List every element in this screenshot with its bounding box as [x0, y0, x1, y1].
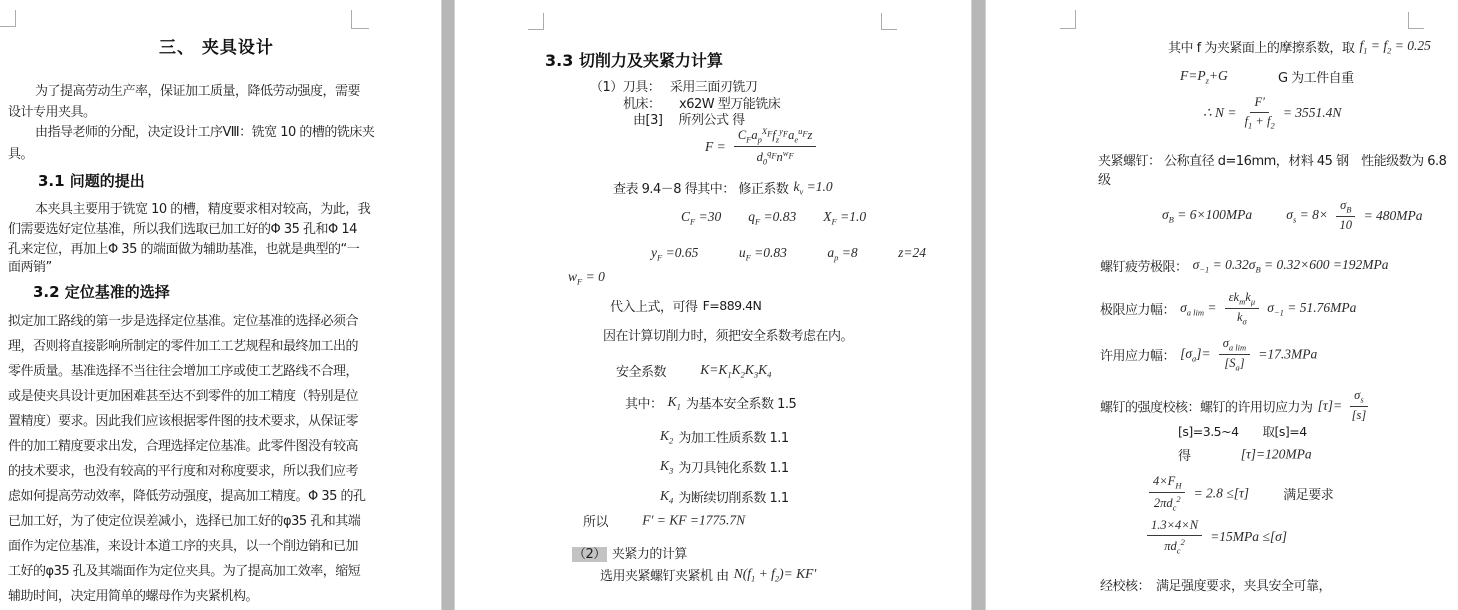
fatigue-limit-line: 螺钉疲劳极限： σ−1 = 0.32σB = 0.32×600 =192MPa — [1100, 255, 1388, 275]
friction-line: 其中 f 为夹紧面上的摩擦系数，取 f1 = f2 = 0.25 — [1168, 36, 1431, 56]
lookup-line: 查表 9.4－8 得其中： 修正系数 kv =1.0 — [613, 177, 833, 197]
shear-check-formula: 4×FH2πdc2 = 2.8 ≤[τ] 满足要求 — [1146, 474, 1333, 513]
paragraph-line: 的技术要求，也没有较高的平行度和对称度要求，所以我们应考 — [8, 460, 358, 479]
wf-line: wF = 0 — [568, 269, 605, 287]
paragraph-line: 设计专用夹具。 — [8, 101, 96, 120]
paragraph-line: 具。 — [8, 143, 33, 162]
screw-spec-line-2: 级 — [1098, 169, 1111, 188]
k1-line: 其中： K1 为基本安全系数 1.5 — [625, 392, 796, 412]
safety-note-line: 因在计算切削力时，须把安全系数考虑在内。 — [603, 325, 853, 344]
crop-mark-top-right — [351, 10, 369, 29]
paragraph-line: 或是使夹具设计更加困难甚至达不到零件的加工精度（特别是位 — [8, 385, 358, 404]
paragraph-line: 面作为定位基准，来设计本道工序的夹具，以一个削边销和已加 — [8, 535, 358, 554]
paragraph-line: 面两销” — [8, 256, 52, 275]
sigma-line: σB = 6×100MPa σs = 8× σB10 = 480MPa — [1162, 198, 1423, 234]
page-separator — [441, 0, 455, 610]
paragraph-line: 为了提高劳动生产率，保证加工质量，降低劳动强度，需要 — [35, 80, 360, 99]
paragraph-line: 拟定加工路线的第一步是选择定位基准。定位基准的选择必须合 — [8, 310, 358, 329]
crop-mark-top-left — [1060, 10, 1076, 29]
weight-line: F=Pz+G G 为工件自重 — [1180, 66, 1354, 86]
crop-mark-top-left — [528, 13, 544, 30]
fraction: 4×FH2πdc2 — [1149, 474, 1185, 513]
fraction: 1.3×4×Nπdc2 — [1147, 518, 1202, 556]
k3-line: K3 为刀具钝化系数 1.1 — [660, 456, 789, 476]
fraction: σB10 — [1336, 198, 1355, 234]
limit-stress-line: 极限应力幅： σa lim = εkmkμkσ σ−1 = 51.76MPa — [1100, 290, 1356, 327]
strength-check-line: 螺钉的强度校核：螺钉的许用切应力为 [τ]= σs[s] — [1100, 388, 1371, 424]
paragraph-line: 件的加工精度要求出发，合理选择定位基准。此零件图没有较高 — [8, 435, 358, 454]
screw-spec-line: 夹紧螺钉： 公称直径 d=16mm，材料 45 钢 性能级数为 6.8 — [1098, 150, 1446, 169]
result-line: 所以 F′ = KF =1775.7N — [583, 510, 745, 530]
conclusion-line: 经校核： 满足强度要求，夹具安全可靠， — [1100, 575, 1331, 594]
fraction: σs[s] — [1350, 388, 1367, 424]
page-3[interactable]: 其中 f 为夹紧面上的摩擦系数，取 f1 = f2 = 0.25 F=Pz+G … — [986, 0, 1458, 610]
paragraph-line: 理，否则将直接影响所制定的零件加工工艺规程和最终加工出的 — [8, 335, 358, 354]
paragraph-line: 辅助时间，决定用简单的螺母作为夹紧机构。 — [8, 585, 258, 604]
highlighted-marker: （2） — [572, 547, 607, 562]
allowable-stress-line: 许用应力幅： [σa]= σa lim[Sa] =17.3MPa — [1100, 336, 1317, 373]
paragraph-line: 由指导老师的分配，决定设计工序Ⅷ：铣宽 10 的槽的铣床夹 — [35, 121, 374, 140]
tension-check-formula: 1.3×4×Nπdc2 =15MPa ≤[σ] — [1144, 518, 1287, 556]
page-1[interactable]: 三、 夹具设计 为了提高劳动生产率，保证加工质量，降低劳动强度，需要 设计专用夹… — [0, 0, 441, 610]
fraction: σa lim[Sa] — [1219, 336, 1250, 373]
fraction-numerator: CFapXFfzyFaeuFz — [734, 126, 817, 147]
document-view: 三、 夹具设计 为了提高劳动生产率，保证加工质量，降低劳动强度，需要 设计专用夹… — [0, 0, 1458, 610]
section-heading-3-2: 3.2 定位基准的选择 — [33, 281, 170, 302]
tau-value-line: 得 [τ]=120MPa — [1178, 444, 1312, 464]
s-value-line: [s]=3.5~4 取[s]=4 — [1178, 422, 1307, 440]
coefficients-row-2: yF =0.65 uF =0.83 ap =8 z=24 — [651, 241, 926, 263]
crop-mark-top-left — [0, 10, 16, 27]
coefficients-row-1: CF =30 qF =0.83 XF =1.0 — [681, 205, 866, 227]
crop-mark-top-right — [1408, 12, 1424, 29]
paragraph-line: 已加工好，为了使定位误差减小，选择已加工好的φ35 孔和其端 — [8, 510, 360, 529]
k4-line: K4 为断续切削系数 1.1 — [660, 486, 789, 506]
substitute-line: 代入上式，可得 F=889.4N — [610, 295, 761, 315]
section-heading-3-1: 3.1 问题的提出 — [38, 170, 145, 191]
fraction-denominator: d0qFnwF — [757, 147, 794, 167]
paragraph-line: 孔来定位，再加上Φ 35 的端面做为辅助基准，也就是典型的“一 — [8, 238, 359, 257]
page-separator — [971, 0, 986, 610]
paragraph-line: 本夹具主要用于铣宽 10 的槽，精度要求相对较高，为此，我 — [35, 198, 370, 217]
document-title: 三、 夹具设计 — [159, 33, 274, 58]
clamp-screw-line: 选用夹紧螺钉夹紧机 由 N(f1 + f2)= KF′ — [600, 564, 816, 584]
fraction: F′f1 + f2 — [1245, 95, 1275, 131]
safety-factor-line: 安全系数 K=K1K2K3K4 — [616, 360, 771, 380]
section-heading-3-3: 3.3 切削力及夹紧力计算 — [545, 48, 723, 71]
paragraph-line: 们需要选好定位基准，所以我们选取已加工好的Φ 35 孔和Φ 14 — [8, 218, 357, 237]
paragraph-line: 置精度）要求。因此我们应该根据零件图的技术要求，从保证零 — [8, 410, 358, 429]
paragraph-line: 虑如何提高劳动效率，降低劳动强度，提高加工精度。Φ 35 的孔 — [8, 485, 366, 504]
fraction: εkmkμkσ — [1225, 290, 1259, 327]
page-2[interactable]: 3.3 切削力及夹紧力计算 （1）刀具： 采用三面刃铣刀 机床： x62W 型万… — [455, 0, 971, 610]
clamping-force-formula: ∴ N = F′f1 + f2 = 3551.4N — [1203, 95, 1341, 131]
section-2-heading: （2） 夹紧力的计算 — [572, 542, 687, 562]
paragraph-line: 工好的φ35 孔及其端面作为定位夹具。为了提高加工效率，缩短 — [8, 560, 360, 579]
paragraph-line: 零件质量。基准选择不当往往会增加工序或使工艺路线不合理， — [8, 360, 358, 379]
k2-line: K2 为加工性质系数 1.1 — [660, 426, 789, 446]
formula-lhs: F = — [705, 139, 726, 154]
cutting-force-formula: F = CFapXFfzyFaeuFzd0qFnwF — [705, 126, 819, 168]
crop-mark-top-right — [881, 13, 897, 30]
fraction: CFapXFfzyFaeuFzd0qFnwF — [734, 126, 817, 168]
